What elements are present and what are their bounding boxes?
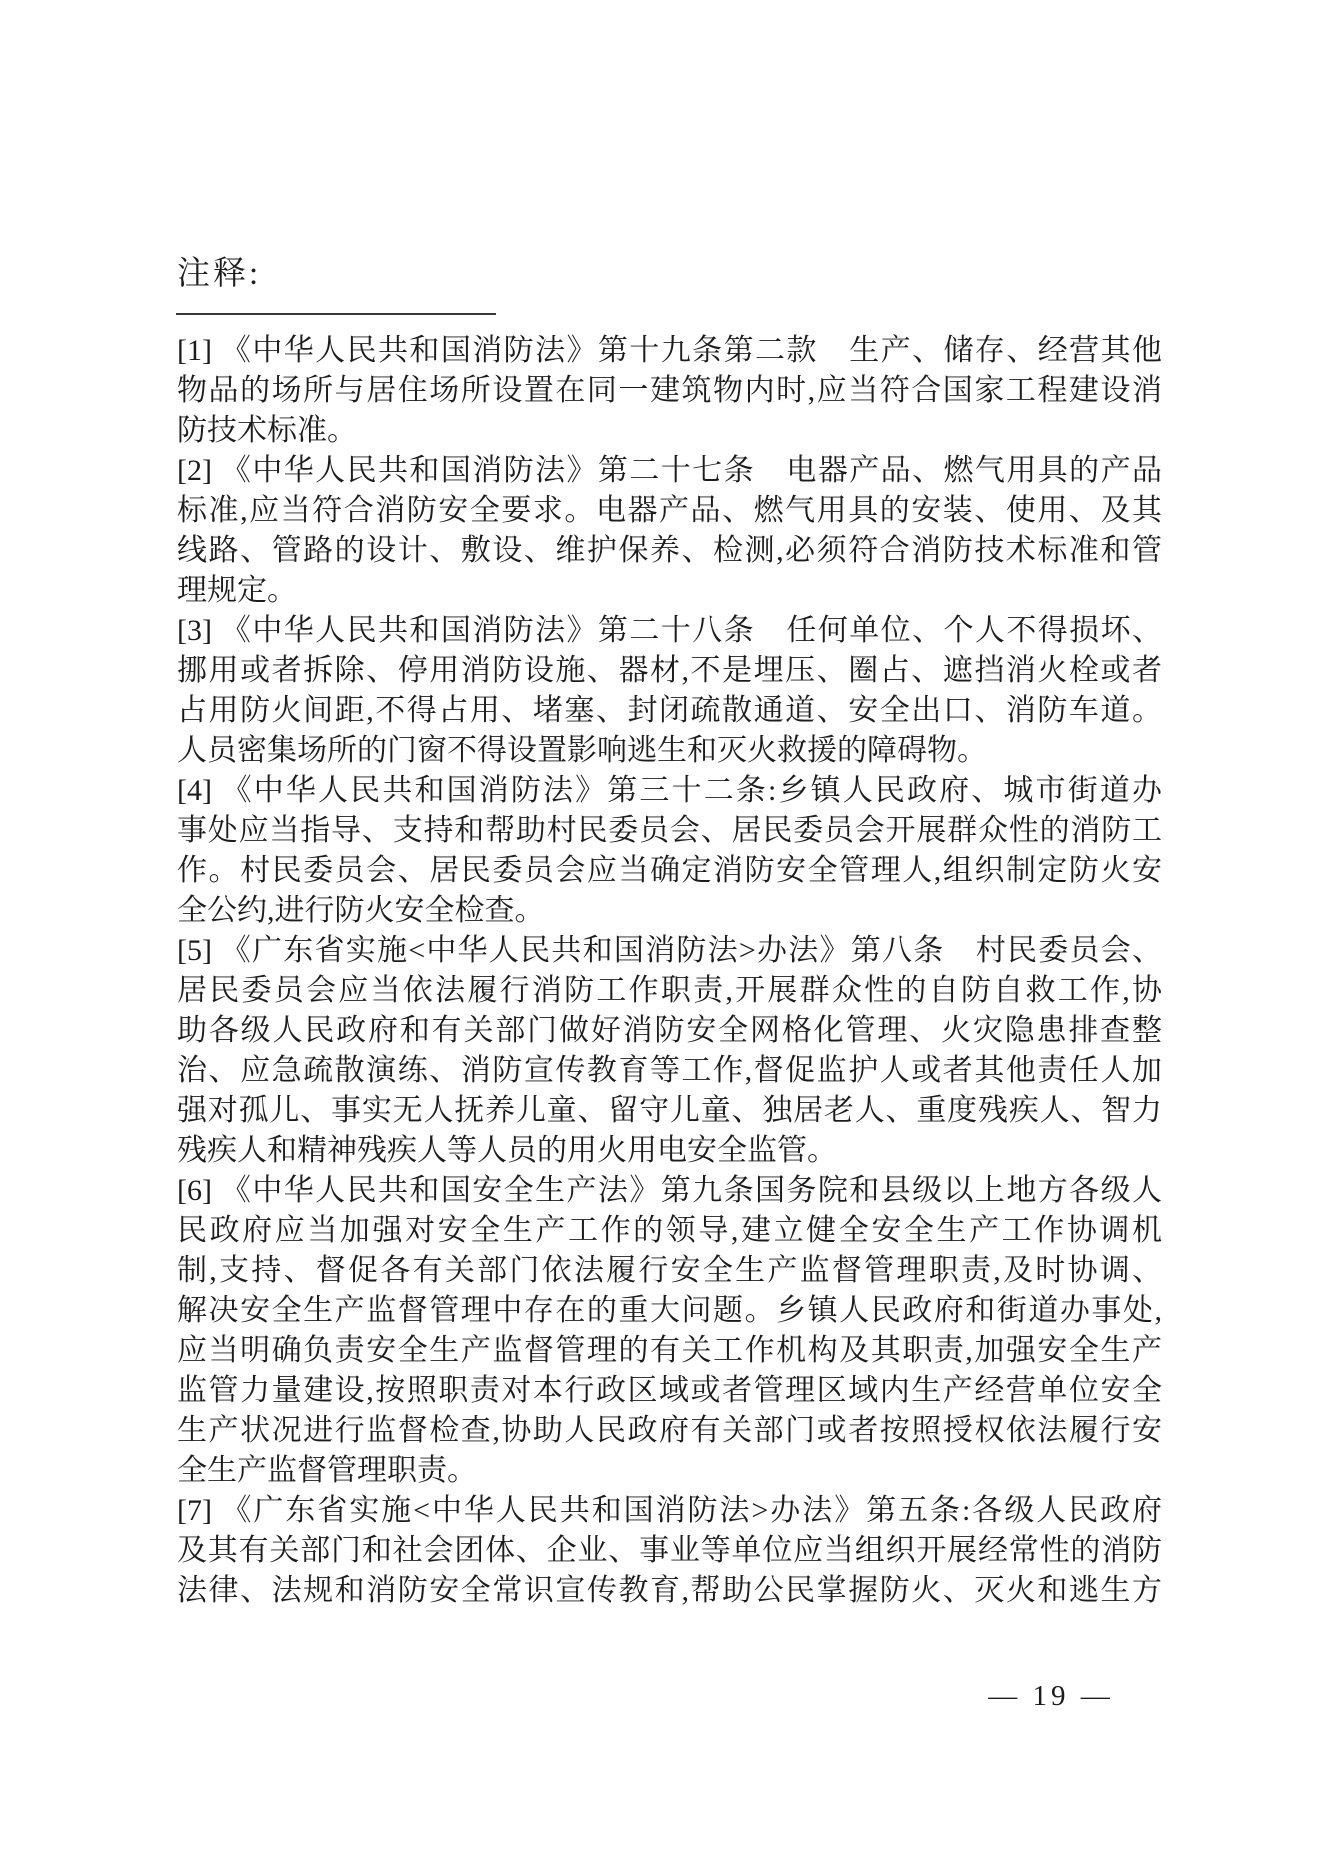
page-number: — 19 — xyxy=(956,1676,1146,1716)
note-line: [1] 《中华人民共和国消防法》第十九条第二款 生产、储存、经营其他 xyxy=(177,331,1162,371)
footnote-separator-rule xyxy=(176,313,496,315)
note-line: 事处应当指导、支持和帮助村民委员会、居民委员会开展群众性的消防工 xyxy=(177,811,1162,851)
note-line: [7] 《广东省实施<中华人民共和国消防法>办法》第五条:各级人民政府 xyxy=(177,1491,1162,1531)
note-line: [2] 《中华人民共和国消防法》第二十七条 电器产品、燃气用具的产品 xyxy=(177,451,1162,491)
note-line: 理规定。 xyxy=(177,571,1162,611)
note-line: 治、应急疏散演练、消防宣传教育等工作,督促监护人或者其他责任人加 xyxy=(177,1051,1162,1091)
note-line: 生产状况进行监督检查,协助人民政府有关部门或者按照授权依法履行安 xyxy=(177,1411,1162,1451)
note-line: 残疾人和精神残疾人等人员的用火用电安全监管。 xyxy=(177,1131,1162,1171)
note-line: 制,支持、督促各有关部门依法履行安全生产监督管理职责,及时协调、 xyxy=(177,1251,1162,1291)
note-line: 解决安全生产监督管理中存在的重大问题。乡镇人民政府和街道办事处, xyxy=(177,1291,1162,1331)
note-line: 防技术标准。 xyxy=(177,411,1162,451)
note-line: 挪用或者拆除、停用消防设施、器材,不是埋压、圈占、遮挡消火栓或者 xyxy=(177,651,1162,691)
notes-body: [1] 《中华人民共和国消防法》第十九条第二款 生产、储存、经营其他 物品的场所… xyxy=(177,331,1162,1611)
note-line: 助各级人民政府和有关部门做好消防安全网格化管理、火灾隐患排查整 xyxy=(177,1011,1162,1051)
note-line: 标准,应当符合消防安全要求。电器产品、燃气用具的安装、使用、及其 xyxy=(177,491,1162,531)
note-line: [3] 《中华人民共和国消防法》第二十八条 任何单位、个人不得损坏、 xyxy=(177,611,1162,651)
note-line: 全公约,进行防火安全检查。 xyxy=(177,891,1162,931)
note-line: [4] 《中华人民共和国消防法》第三十二条:乡镇人民政府、城市街道办 xyxy=(177,771,1162,811)
note-line: [6] 《中华人民共和国安全生产法》第九条国务院和县级以上地方各级人 xyxy=(177,1171,1162,1211)
note-line: 法律、法规和消防安全常识宣传教育,帮助公民掌握防火、灭火和逃生方 xyxy=(177,1571,1162,1611)
note-line: 应当明确负责安全生产监督管理的有关工作机构及其职责,加强安全生产 xyxy=(177,1331,1162,1371)
note-line: 物品的场所与居住场所设置在同一建筑物内时,应当符合国家工程建设消 xyxy=(177,371,1162,411)
note-line: [5] 《广东省实施<中华人民共和国消防法>办法》第八条 村民委员会、 xyxy=(177,931,1162,971)
note-line: 监管力量建设,按照职责对本行政区域或者管理区域内生产经营单位安全 xyxy=(177,1371,1162,1411)
notes-heading: 注释: xyxy=(177,254,261,294)
note-line: 人员密集场所的门窗不得设置影响逃生和灭火救援的障碍物。 xyxy=(177,731,1162,771)
note-line: 民政府应当加强对安全生产工作的领导,建立健全安全生产工作协调机 xyxy=(177,1211,1162,1251)
note-line: 作。村民委员会、居民委员会应当确定消防安全管理人,组织制定防火安 xyxy=(177,851,1162,891)
note-line: 全生产监督管理职责。 xyxy=(177,1451,1162,1491)
note-line: 占用防火间距,不得占用、堵塞、封闭疏散通道、安全出口、消防车道。 xyxy=(177,691,1162,731)
document-page: 注释: [1] 《中华人民共和国消防法》第十九条第二款 生产、储存、经营其他 物… xyxy=(0,0,1323,1871)
note-line: 强对孤儿、事实无人抚养儿童、留守儿童、独居老人、重度残疾人、智力 xyxy=(177,1091,1162,1131)
note-line: 线路、管路的设计、敷设、维护保养、检测,必须符合消防技术标准和管 xyxy=(177,531,1162,571)
note-line: 及其有关部门和社会团体、企业、事业等单位应当组织开展经常性的消防 xyxy=(177,1531,1162,1571)
note-line: 居民委员会应当依法履行消防工作职责,开展群众性的自防自救工作,协 xyxy=(177,971,1162,1011)
